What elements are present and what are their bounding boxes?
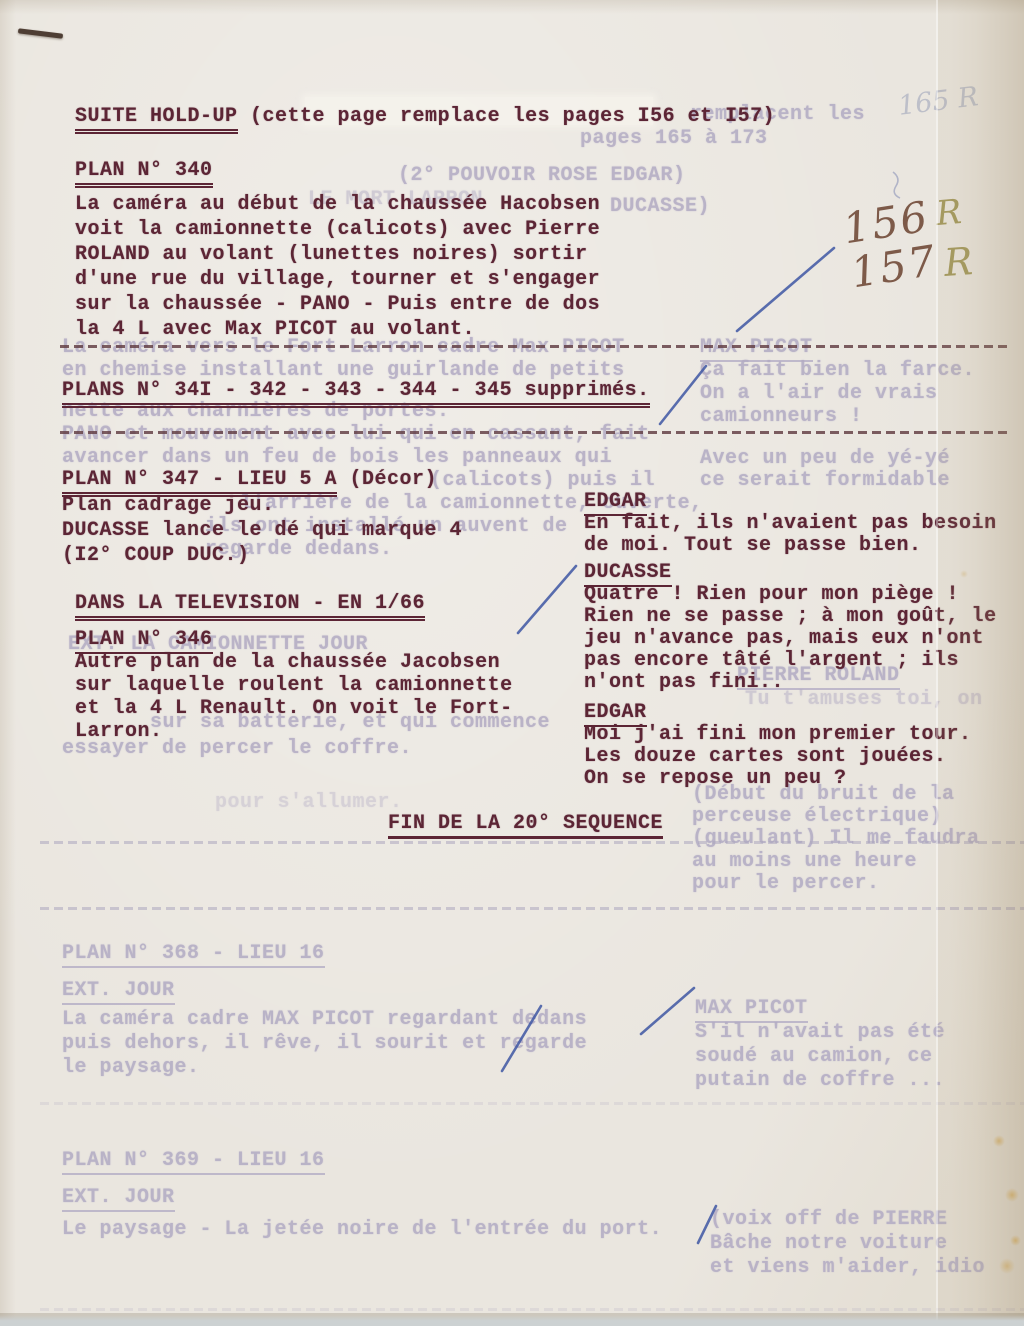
heading-text: PLAN N° 340 bbox=[75, 159, 213, 188]
ghost-paragraph: La caméra cadre MAX PICOT regardant deda… bbox=[62, 1008, 587, 1080]
ghost-heading-text: EXT. JOUR bbox=[62, 1186, 175, 1212]
ghost-line: et viens m'aider, idio bbox=[710, 1256, 985, 1280]
paragraph-line: sur laquelle roulent la camionnette bbox=[75, 674, 513, 697]
ghost-heading-text: PLAN N° 369 - LIEU 16 bbox=[62, 1149, 325, 1175]
plan-346-heading: PLAN N° 346 bbox=[75, 627, 213, 652]
ghost-line: Avec un peu de yé-yé bbox=[700, 447, 950, 471]
handwritten-letter-r: R bbox=[934, 192, 963, 234]
paragraph-line: voit la camionnette (calicots) avec Pier… bbox=[75, 217, 600, 242]
staple bbox=[18, 28, 63, 38]
pencil-squiggle bbox=[893, 172, 900, 198]
ghost-line: PANO et mouvement avec lui qui en cassan… bbox=[62, 423, 650, 447]
ghost-line: S'il n'avait pas été bbox=[695, 1021, 945, 1045]
dashed-separator bbox=[60, 345, 1012, 348]
ghost-plan-heading: PLAN N° 368 - LIEU 16 bbox=[62, 942, 325, 966]
dialogue-line: pas encore tâté l'argent ; ils bbox=[584, 650, 997, 672]
paragraph-line: la 4 L avec Max PICOT au volant. bbox=[75, 317, 600, 342]
blue-slash bbox=[518, 566, 576, 633]
television-heading: DANS LA TELEVISION - EN 1/66 bbox=[75, 591, 425, 616]
ghost-line: pages 165 à 173 bbox=[580, 127, 768, 151]
paragraph-line: La caméra au début de la chaussée Hacobs… bbox=[75, 192, 600, 217]
plan-346-paragraph: Autre plan de la chaussée Jacobsensur la… bbox=[75, 651, 513, 743]
ghost-line: perceuse électrique) bbox=[692, 805, 942, 829]
ghost-line: soudé au camion, ce bbox=[695, 1045, 945, 1069]
ghost-plan-heading: PLAN N° 369 - LIEU 16 bbox=[62, 1149, 325, 1173]
typewritten-script-page: remplacent les pages 165 à 173 (2° POUVO… bbox=[0, 0, 1024, 1326]
ghost-subheading: EXT. JOUR bbox=[62, 1186, 175, 1210]
speaker-name: DUCASSE bbox=[584, 562, 997, 584]
paper-stain bbox=[993, 1135, 1005, 1147]
paper-stain bbox=[960, 570, 968, 578]
speaker-name: EDGAR bbox=[584, 702, 972, 724]
sequence-end-heading: FIN DE LA 20° SEQUENCE bbox=[388, 811, 663, 836]
ghost-line: pour le percer. bbox=[692, 872, 880, 896]
heading-text: PLANS N° 34I - 342 - 343 - 344 - 345 sup… bbox=[62, 379, 650, 408]
dialogue-edgar-2: EDGARMoi j'ai fini mon premier tour.Les … bbox=[584, 702, 972, 790]
ghost-line: Le paysage - La jetée noire de l'entrée … bbox=[62, 1218, 662, 1242]
ghost-dashed-separator bbox=[40, 1102, 1024, 1105]
paper-stain bbox=[1005, 1188, 1019, 1202]
plan-340-paragraph: La caméra au début de la chaussée Hacobs… bbox=[75, 192, 600, 342]
speaker-name: EDGAR bbox=[584, 491, 997, 513]
ghost-subheading: EXT. JOUR bbox=[62, 979, 175, 1003]
ghost-paragraph: S'il n'avait pas étésoudé au camion, cep… bbox=[695, 1021, 945, 1093]
paragraph-line: DUCASSE lance le dé qui marque 4 bbox=[62, 518, 462, 543]
blue-slash bbox=[737, 248, 834, 331]
ghost-line: Ça fait bien la farce. bbox=[700, 359, 975, 383]
page-title-emphasis: SUITE HOLD-UP bbox=[75, 105, 238, 134]
plan-347-heading: PLAN N° 347 - LIEU 5 A (Décor) bbox=[62, 467, 437, 492]
ghost-line: ce serait formidable bbox=[700, 469, 950, 493]
handwritten-pencil-note: 165 R bbox=[896, 81, 980, 122]
ghost-heading-text: PLAN N° 368 - LIEU 16 bbox=[62, 942, 325, 968]
ghost-paragraph: (voix off de PIERREBâche notre voitureet… bbox=[710, 1208, 985, 1280]
ghost-line: La caméra cadre MAX PICOT regardant deda… bbox=[62, 1008, 587, 1032]
ghost-line: DUCASSE) bbox=[610, 195, 710, 219]
dialogue-line: Rien ne se passe ; à mon goût, le bbox=[584, 606, 997, 628]
ghost-line: On a l'air de vrais bbox=[700, 382, 938, 406]
heading-suffix: (Décor) bbox=[337, 468, 437, 491]
paragraph-line: Larron. bbox=[75, 720, 513, 743]
ghost-line: (2° POUVOIR ROSE EDGAR) bbox=[398, 164, 686, 188]
paragraph-line: sur la chaussée - PANO - Puis entre de d… bbox=[75, 292, 600, 317]
ghost-line: putain de coffre ... bbox=[695, 1069, 945, 1093]
ghost-line: le paysage. bbox=[62, 1056, 587, 1080]
ghost-line: (gueulant) Il me faudra bbox=[692, 827, 980, 851]
paper-stain bbox=[999, 1258, 1015, 1274]
paper-stain bbox=[1010, 1235, 1021, 1246]
dialogue-line: Quatre ! Rien pour mon piège ! bbox=[584, 584, 997, 606]
dashed-separator bbox=[60, 431, 1012, 434]
ghost-dashed-separator bbox=[40, 841, 1024, 844]
paragraph-line: (I2° COUP DUC.) bbox=[62, 543, 462, 568]
handwritten-letter-r: R bbox=[943, 239, 975, 285]
heading-text: DANS LA TELEVISION - EN 1/66 bbox=[75, 592, 425, 621]
dialogue-line: Moi j'ai fini mon premier tour. bbox=[584, 724, 972, 746]
paragraph-line: Plan cadrage jeu. bbox=[62, 493, 462, 518]
blue-slash bbox=[641, 988, 694, 1034]
ghost-line: camionneurs ! bbox=[700, 405, 863, 429]
ghost-line: Bâche notre voiture bbox=[710, 1232, 985, 1256]
ghost-line: puis dehors, il rêve, il sourit et regar… bbox=[62, 1032, 587, 1056]
paragraph-line: ROLAND au volant (lunettes noires) sorti… bbox=[75, 242, 600, 267]
paragraph-line: d'une rue du village, tourner et s'engag… bbox=[75, 267, 600, 292]
page-title: SUITE HOLD-UP (cette page remplace les p… bbox=[75, 104, 775, 129]
ghost-dashed-separator bbox=[40, 907, 1024, 910]
plan-347-paragraph: Plan cadrage jeu.DUCASSE lance le dé qui… bbox=[62, 493, 462, 568]
ghost-line: (voix off de PIERRE bbox=[710, 1208, 985, 1232]
dialogue-edgar-1: EDGAREn fait, ils n'avaient pas besoinde… bbox=[584, 491, 997, 557]
dialogue-line: jeu n'avance pas, mais eux n'ont bbox=[584, 628, 997, 650]
paragraph-line: et la 4 L Renault. On voit le Fort- bbox=[75, 697, 513, 720]
paper-bottom-edge bbox=[0, 1313, 1024, 1326]
dialogue-ducasse: DUCASSEQuatre ! Rien pour mon piège !Rie… bbox=[584, 562, 997, 694]
dialogue-line: On se repose un peu ? bbox=[584, 768, 972, 790]
plan-340-heading: PLAN N° 340 bbox=[75, 158, 213, 183]
ghost-heading-text: EXT. JOUR bbox=[62, 979, 175, 1005]
ghost-speaker-name: MAX PICOT bbox=[695, 997, 808, 1023]
ghost-line: au moins une heure bbox=[692, 850, 917, 874]
page-title-rest: (cette page remplace les pages I56 et I5… bbox=[238, 105, 776, 128]
ghost-line: pour s'allumer. bbox=[215, 791, 403, 815]
dialogue-line: En fait, ils n'avaient pas besoin bbox=[584, 513, 997, 535]
dialogue-line: n'ont pas fini.. bbox=[584, 672, 997, 694]
dialogue-line: de moi. Tout se passe bien. bbox=[584, 535, 997, 557]
ghost-dashed-separator bbox=[40, 1308, 1024, 1311]
dialogue-line: Les douze cartes sont jouées. bbox=[584, 746, 972, 768]
ghost-speaker: MAX PICOT bbox=[695, 997, 808, 1021]
paragraph-line: Autre plan de la chaussée Jacobsen bbox=[75, 651, 513, 674]
ghost-speaker: MAX PICOT bbox=[700, 336, 813, 360]
heading-text: FIN DE LA 20° SEQUENCE bbox=[388, 812, 663, 839]
plans-341-345-heading: PLANS N° 34I - 342 - 343 - 344 - 345 sup… bbox=[62, 378, 650, 403]
